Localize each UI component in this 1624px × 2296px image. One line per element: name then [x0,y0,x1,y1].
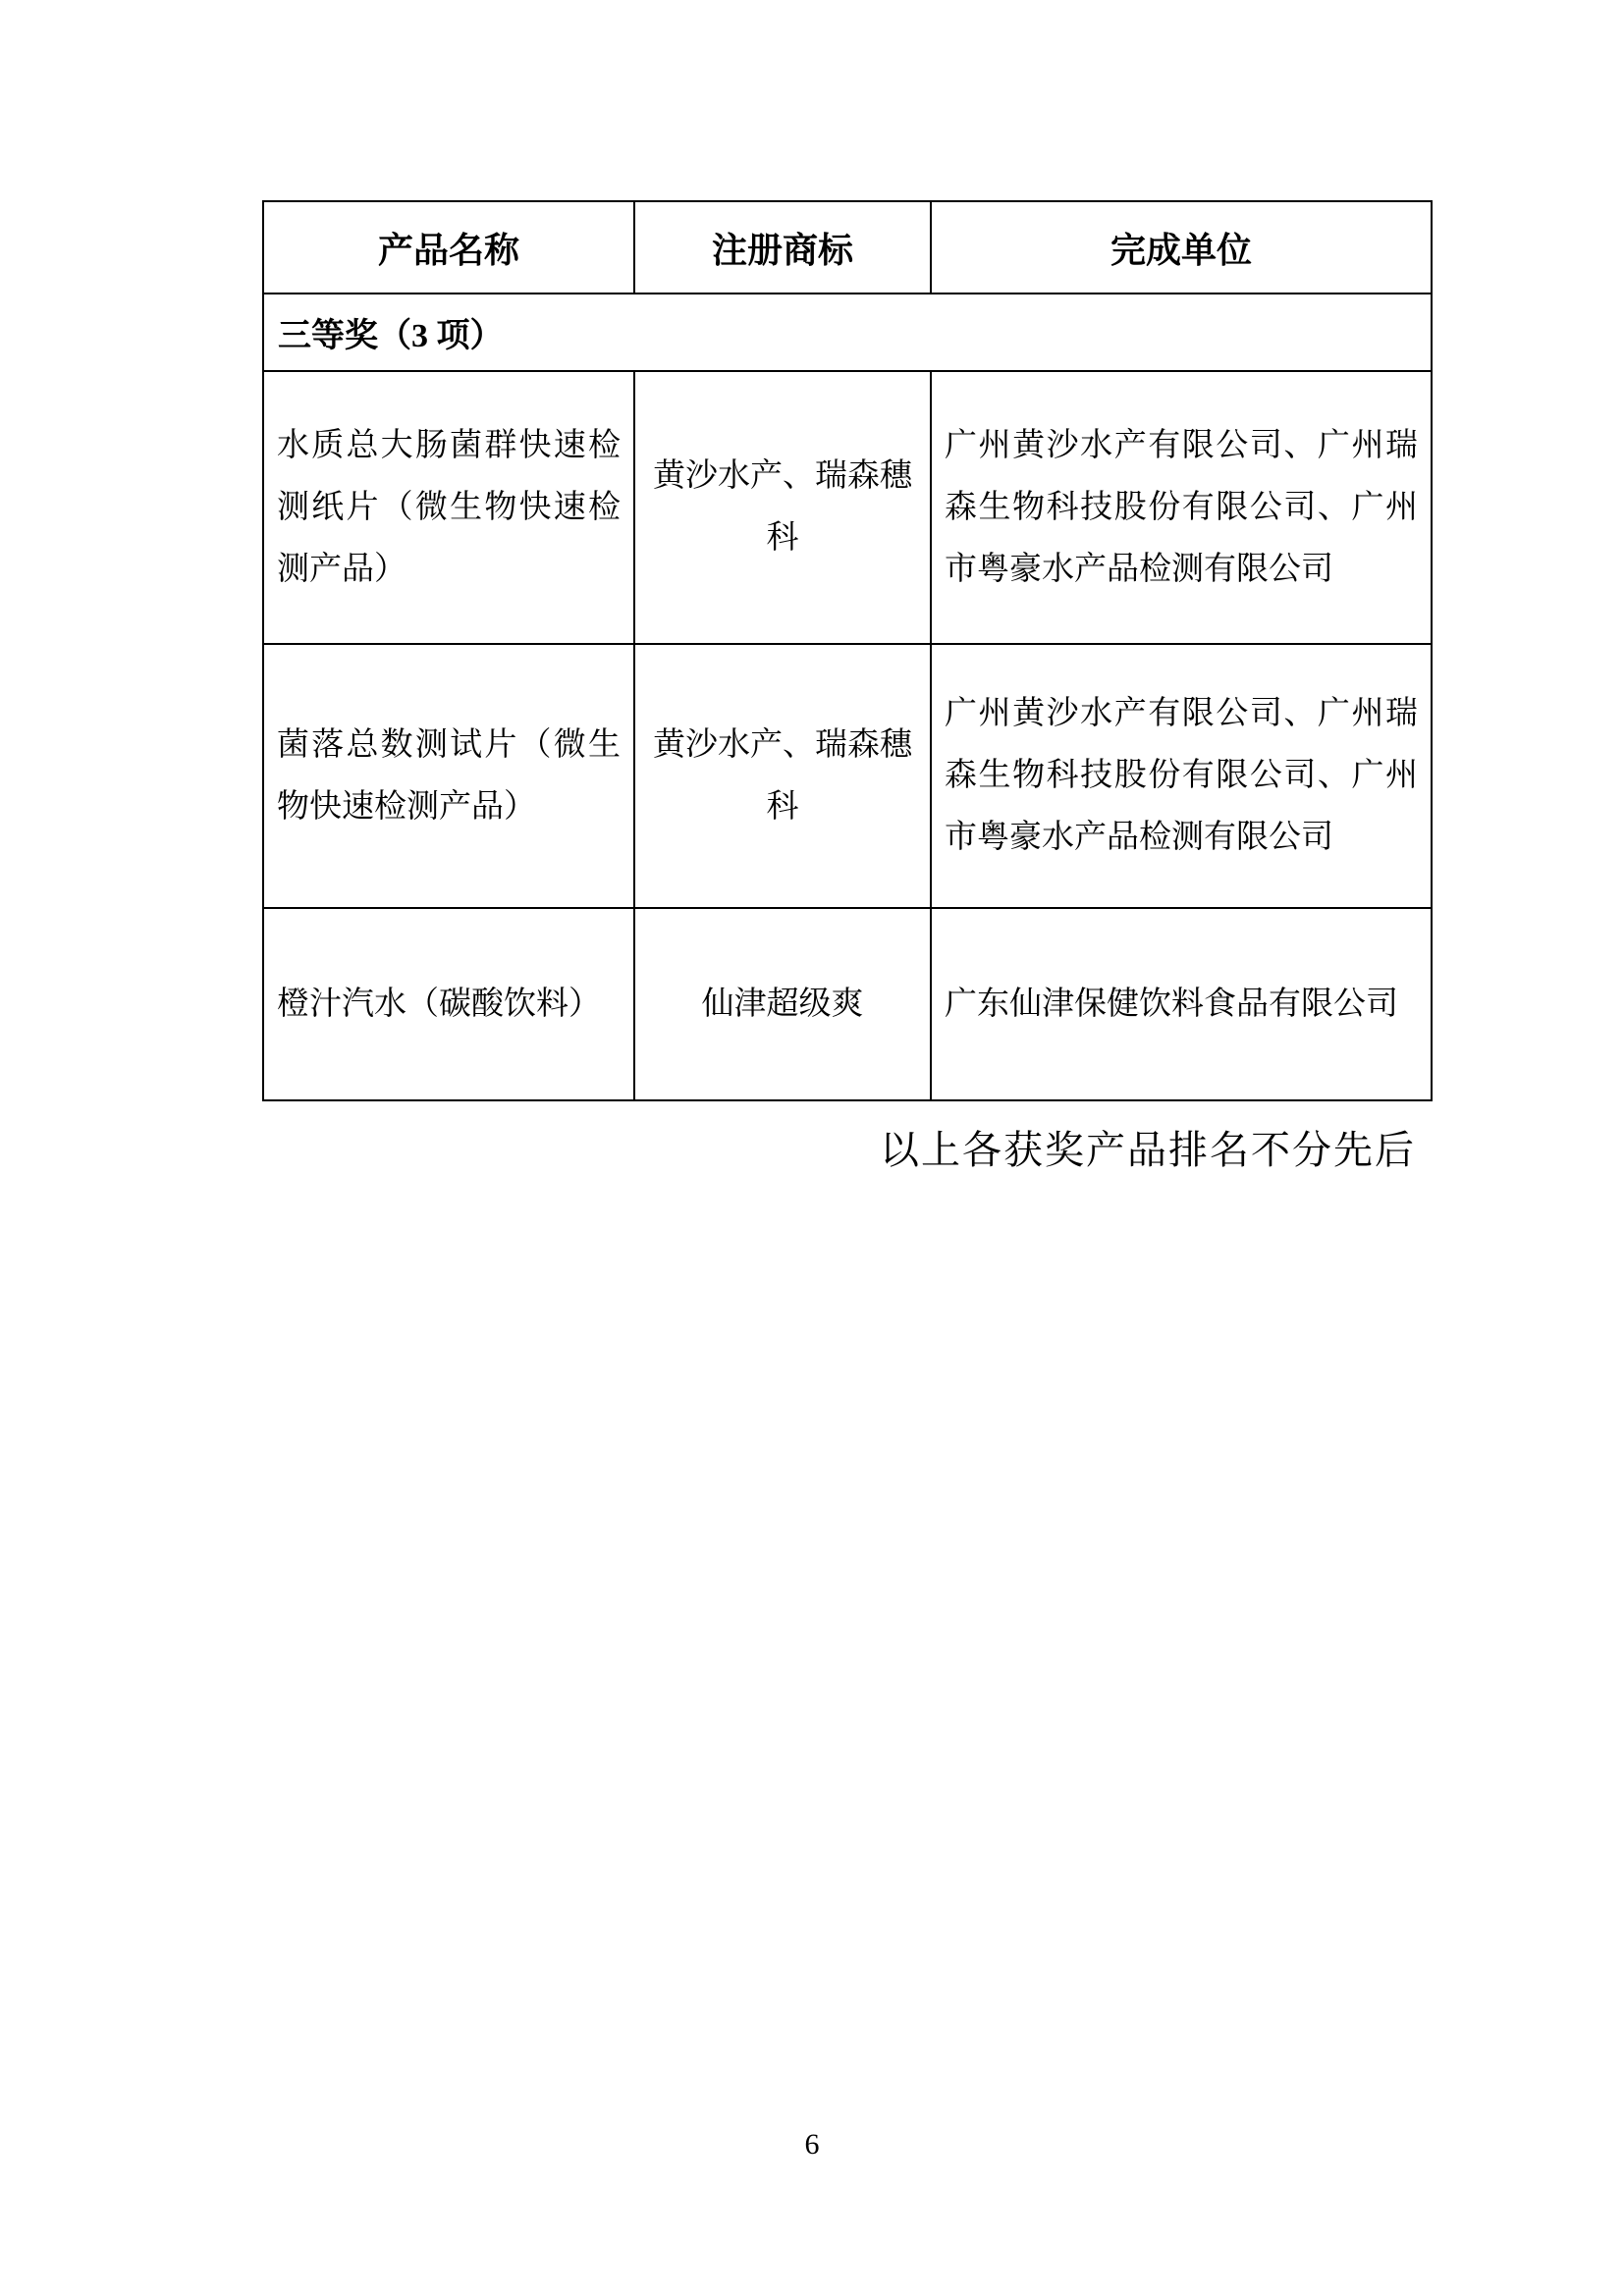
organizations-cell: 广州黄沙水产有限公司、广州瑞森生物科技股份有限公司、广州市粤豪水产品检测有限公司 [931,644,1432,908]
organizations-cell: 广州黄沙水产有限公司、广州瑞森生物科技股份有限公司、广州市粤豪水产品检测有限公司 [931,371,1432,644]
trademark-cell: 黄沙水产、瑞森穗科 [634,644,931,908]
organizations-cell: 广东仙津保健饮料食品有限公司 [931,908,1432,1100]
column-header-trademark: 注册商标 [634,201,931,294]
document-page: 产品名称 注册商标 完成单位 三等奖（3 项） 水质总大肠菌群快速检测纸片（微生… [0,0,1624,2296]
product-name-cell: 橙汁汽水（碳酸饮料） [263,908,634,1100]
page-number: 6 [0,2128,1624,2162]
product-name-cell: 水质总大肠菌群快速检测纸片（微生物快速检测产品） [263,371,634,644]
column-header-organizations: 完成单位 [931,201,1432,294]
table-row: 菌落总数测试片（微生物快速检测产品） 黄沙水产、瑞森穗科 广州黄沙水产有限公司、… [263,644,1432,908]
table-row: 水质总大肠菌群快速检测纸片（微生物快速检测产品） 黄沙水产、瑞森穗科 广州黄沙水… [263,371,1432,644]
section-title-row: 三等奖（3 项） [263,294,1432,371]
product-name-cell: 菌落总数测试片（微生物快速检测产品） [263,644,634,908]
trademark-cell: 黄沙水产、瑞森穗科 [634,371,931,644]
award-products-table: 产品名称 注册商标 完成单位 三等奖（3 项） 水质总大肠菌群快速检测纸片（微生… [262,200,1433,1101]
table-row: 橙汁汽水（碳酸饮料） 仙津超级爽 广东仙津保健饮料食品有限公司 [263,908,1432,1100]
trademark-cell: 仙津超级爽 [634,908,931,1100]
section-title-third-prize: 三等奖（3 项） [263,294,1432,371]
column-header-product: 产品名称 [263,201,634,294]
table-header-row: 产品名称 注册商标 完成单位 [263,201,1432,294]
ranking-disclaimer-note: 以上各获奖产品排名不分先后 [880,1119,1416,1175]
